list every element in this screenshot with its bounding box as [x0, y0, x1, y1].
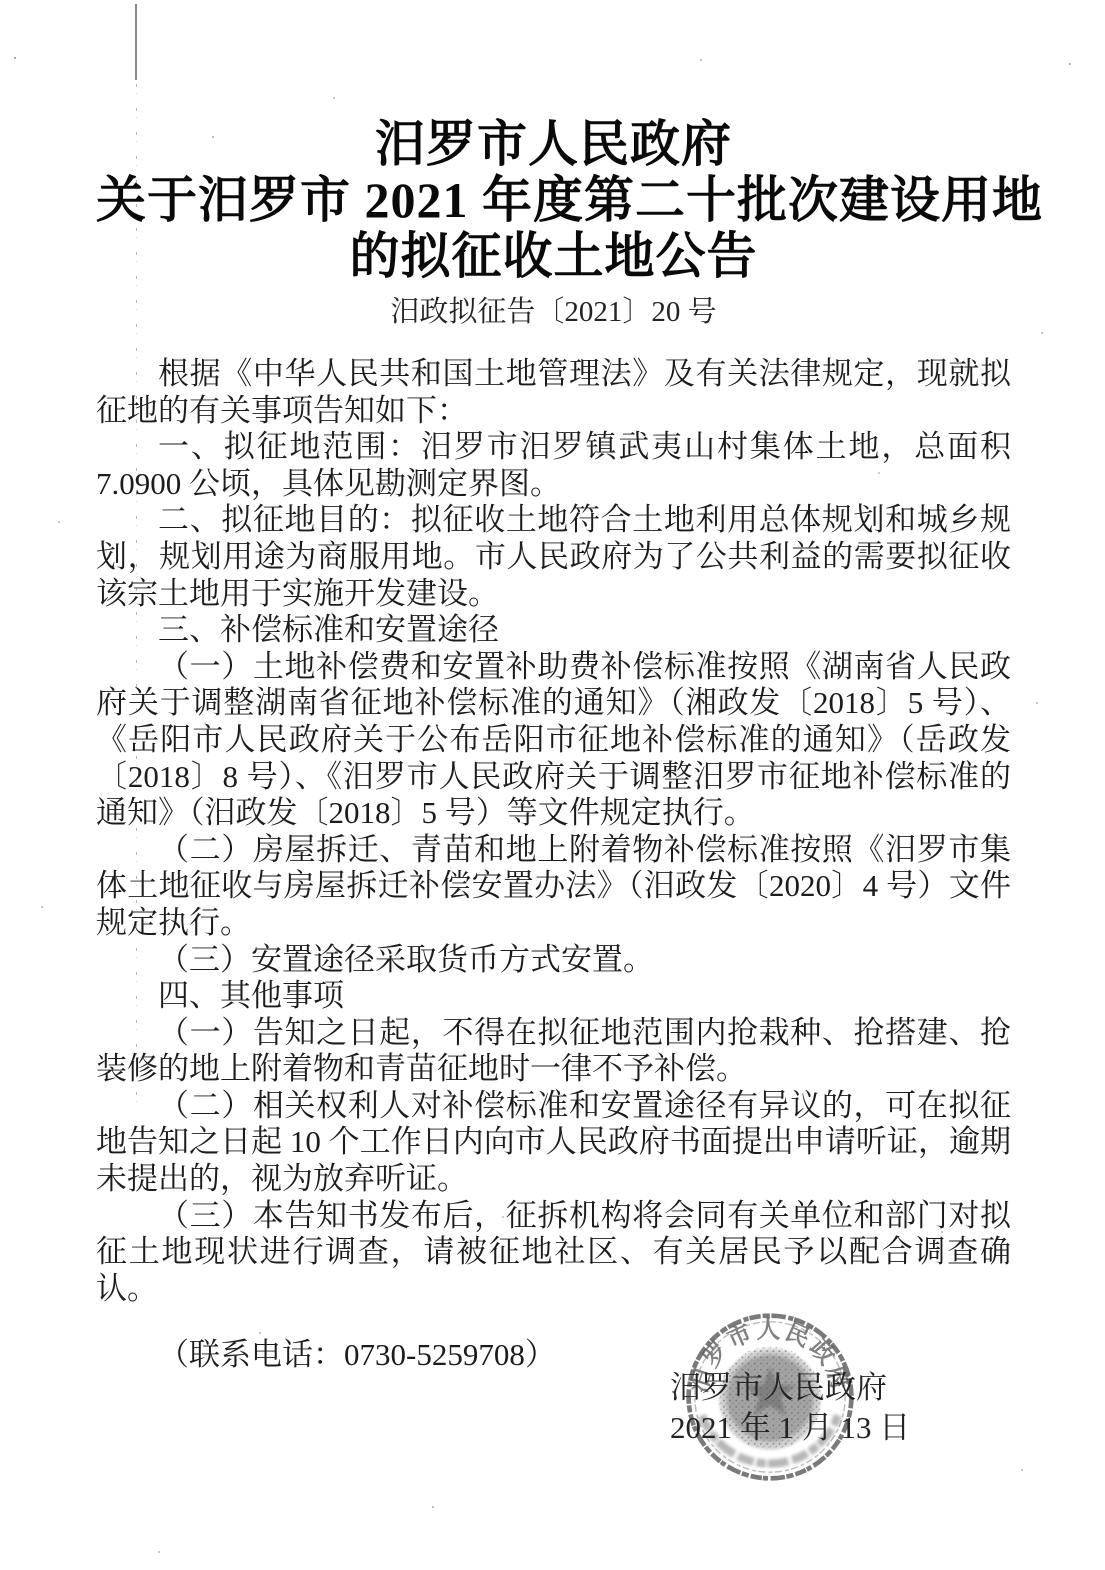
signature-block: 汨罗市人民政府 2021 年 1 月 13 日: [670, 1368, 910, 1448]
document-number: 汨政拟征告〔2021〕20 号: [96, 294, 1011, 330]
body-paragraph: （一）土地补偿费和安置补助费补偿标准按照《湖南省人民政府关于调整湖南省征地补偿标…: [96, 649, 1011, 832]
body-paragraph: 三、补偿标准和安置途径: [96, 612, 1011, 649]
body-paragraph: （一）告知之日起，不得在拟征地范围内抢栽种、抢搭建、抢装修的地上附着物和青苗征地…: [96, 1015, 1011, 1088]
body-paragraph: （二）相关权利人对补偿标准和安置途径有异议的，可在拟征地告知之日起 10 个工作…: [96, 1088, 1011, 1198]
scanned-notice-page: 汨罗市人民政府 关于汨罗市 2021 年度第二十批次建设用地 的拟征收土地公告 …: [0, 0, 1105, 1570]
document-title-line-3: 的拟征收土地公告: [96, 228, 1011, 284]
scan-noise-specks: [0, 0, 2, 2]
signature-date: 2021 年 1 月 13 日: [670, 1408, 910, 1448]
signature-issuer: 汨罗市人民政府: [670, 1368, 910, 1408]
body-paragraph: 四、其他事项: [96, 978, 1011, 1015]
document-content: 汨罗市人民政府 关于汨罗市 2021 年度第二十批次建设用地 的拟征收土地公告 …: [96, 116, 1011, 1373]
body-paragraph: （三）安置途径采取货币方式安置。: [96, 942, 1011, 979]
body-paragraph: （二）房屋拆迁、青苗和地上附着物补偿标准按照《汨罗市集体土地征收与房屋拆迁补偿安…: [96, 832, 1011, 942]
document-title-line-2: 关于汨罗市 2021 年度第二十批次建设用地: [96, 172, 1011, 228]
body-paragraph: 二、拟征地目的：拟征收土地符合土地利用总体规划和城乡规划，规划用途为商服用地。市…: [96, 502, 1011, 612]
scan-artifact-vertical-line: [135, 4, 137, 80]
body-paragraph: （三）本告知书发布后，征拆机构将会同有关单位和部门对拟征土地现状进行调查，请被征…: [96, 1198, 1011, 1308]
document-body: 根据《中华人民共和国土地管理法》及有关法律规定，现就拟征地的有关事项告知如下： …: [96, 356, 1011, 1307]
document-title-line-1: 汨罗市人民政府: [96, 116, 1011, 172]
body-paragraph: 一、拟征地范围：汨罗市汨罗镇武夷山村集体土地，总面积 7.0900 公顷，具体见…: [96, 429, 1011, 502]
body-paragraph: 根据《中华人民共和国土地管理法》及有关法律规定，现就拟征地的有关事项告知如下：: [96, 356, 1011, 429]
